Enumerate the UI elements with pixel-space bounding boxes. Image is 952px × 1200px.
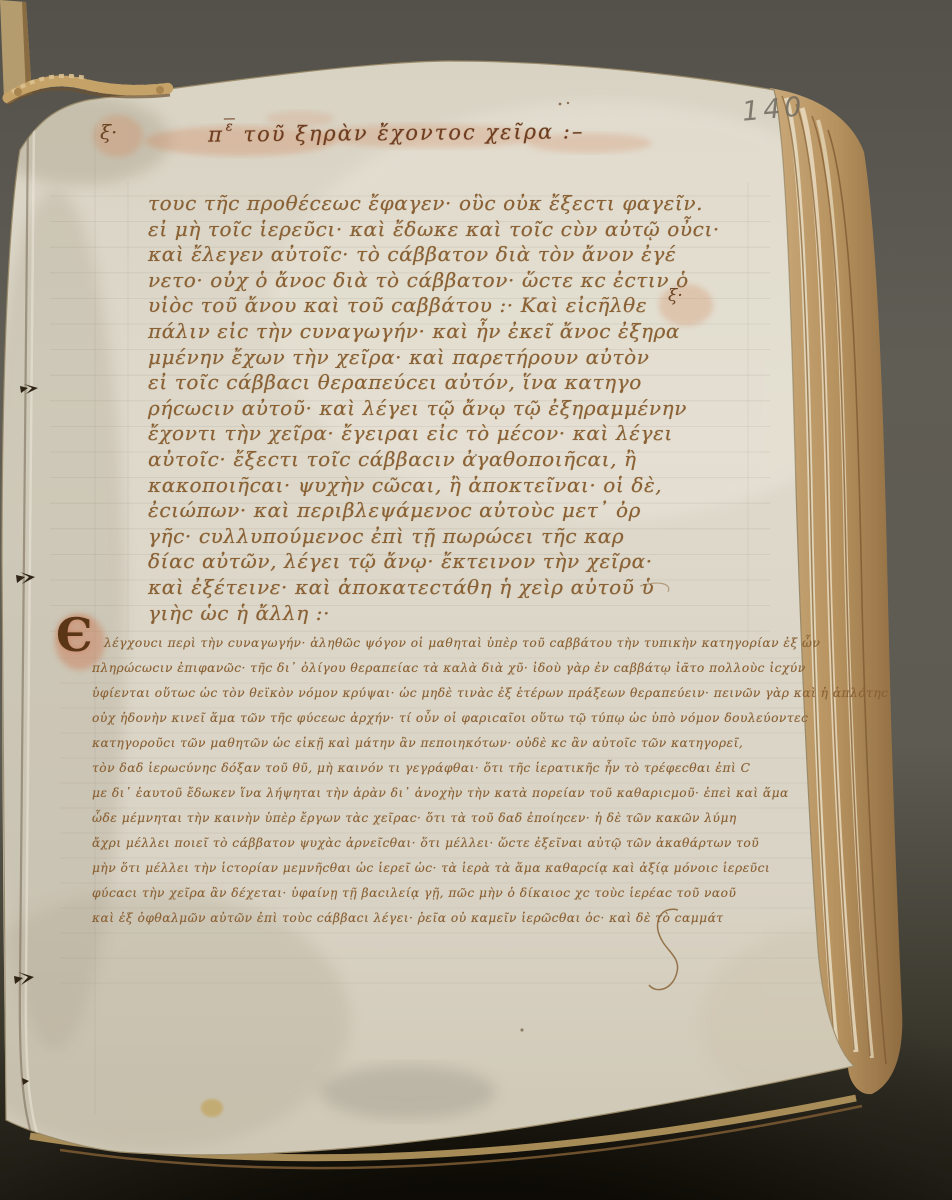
commentary-line: φύϲαϲι τὴν χεῖρα ἂν δέχεται· ὑφαίνῃ τῇ β…: [92, 881, 889, 906]
gospel-text-line: εἰ τοῖϲ ϲάββαϲι θεραπεύϲει αὐτόν, ἵνα κα…: [148, 370, 720, 396]
manuscript-photo: 140 ξ· πε τοῦ ξηρὰν ἔχοντοϲ χεῖρα :– ξ· …: [0, 0, 952, 1200]
gospel-text-line: υἱὸϲ τοῦ ἄνου καὶ τοῦ ϲαββάτου :· Καὶ εἰ…: [148, 293, 720, 319]
gospel-text-block: τουϲ τῆϲ προθέϲεωϲ ἔφαγεν· οὓϲ οὐκ ἔξεϲτ…: [148, 191, 720, 626]
gospel-text-line: καὶ ἐξέτεινε· καὶ ἀποκατεϲτάθη ἡ χεὶρ αὐ…: [148, 575, 720, 601]
commentary-line: οὐχ ἡδονὴν κινεῖ ἅμα τῶν τῆϲ φύϲεωϲ ἀρχή…: [92, 706, 889, 731]
commentary-line: λέγχουϲι περὶ τὴν ϲυναγωγήν· ἀληθῶϲ ψόγο…: [92, 631, 889, 656]
commentary-line: μὴν ὅτι μέλλει τὴν ἱϲτορίαν μεμνῆϲθαι ὡϲ…: [92, 856, 889, 881]
gospel-text-line: πάλιν εἰϲ τὴν ϲυναγωγήν· καὶ ἦν ἐκεῖ ἄνο…: [148, 319, 720, 345]
gospel-text-line: δίαϲ αὐτῶν, λέγει τῷ ἄνῳ· ἔκτεινον τὴν χ…: [148, 549, 720, 575]
commentary-line: ὧδε μέμνηται τὴν καινὴν ὑπὲρ ἔργων τὰϲ χ…: [92, 806, 889, 831]
gospel-text-line: ρήϲωϲιν αὐτοῦ· καὶ λέγει τῷ ἄνῳ τῷ ἐξηρα…: [148, 396, 720, 422]
gospel-text-line: εἰ μὴ τοῖϲ ἱερεῦϲι· καὶ ἔδωκε καὶ τοῖϲ ϲ…: [148, 217, 720, 243]
title-text: τοῦ ξηρὰν ἔχοντοϲ χεῖρα: [243, 120, 554, 147]
gospel-text-line: γιὴϲ ὡϲ ἡ ἄλλη :·: [148, 601, 720, 627]
commentary-line: με δι᾽ ἑαυτοῦ ἔδωκεν ἵνα λήψηται τὴν ἀρὰ…: [92, 781, 889, 806]
commentary-initial: Є: [56, 608, 93, 662]
gospel-text-line: τουϲ τῆϲ προθέϲεωϲ ἔφαγεν· οὓϲ οὐκ ἔξεϲτ…: [148, 191, 720, 217]
title-abbreviation: π: [208, 123, 224, 147]
gospel-text-line: καὶ ἔλεγεν αὐτοῖϲ· τὸ ϲάββατον διὰ τὸν ἄ…: [148, 242, 720, 268]
title-abbreviation-superscript: ε: [224, 118, 235, 134]
gospel-text-line: μμένην ἔχων τὴν χεῖρα· καὶ παρετήρουν αὐ…: [148, 345, 720, 371]
commentary-line: καὶ ἐξ ὀφθαλμῶν αὐτῶν ἐπὶ τοὺϲ ϲάββαϲι λ…: [92, 906, 889, 931]
commentary-line: ἄχρι μέλλει ποιεῖ τὸ ϲάββατον ψυχὰϲ ἀρνε…: [92, 831, 889, 856]
gospel-text-line: γῆϲ· ϲυλλυπούμενοϲ ἐπὶ τῇ πωρώϲει τῆϲ κα…: [148, 524, 720, 550]
title-terminator: :–: [554, 119, 584, 143]
kephalaion-title: πε τοῦ ξηρὰν ἔχοντοϲ χεῖρα :–: [208, 119, 585, 146]
commentary-line: κατηγοροῦϲι τῶν μαθητῶν ὡϲ εἰκῇ καὶ μάτη…: [92, 731, 889, 756]
gospel-text-line: αὐτοῖϲ· ἔξεϲτι τοῖϲ ϲάββαϲιν ἀγαθοποιῆϲα…: [148, 447, 720, 473]
gospel-text-line: ἐϲιώπων· καὶ περιβλεψάμενοϲ αὐτοὺϲ μετ᾽ …: [148, 498, 720, 524]
commentary-line: τὸν δαδ ἱερωϲύνηϲ δόξαν τοῦ θῦ, μὴ καινό…: [92, 756, 889, 781]
gospel-text-line: ἔχοντι τὴν χεῖρα· ἔγειραι εἰϲ τὸ μέϲον· …: [148, 421, 720, 447]
commentary-block: λέγχουϲι περὶ τὴν ϲυναγωγήν· ἀληθῶϲ ψόγο…: [92, 631, 889, 931]
commentary-line: πληρώϲωϲιν ἐπιφανῶϲ· τῆϲ δι᾽ ὀλίγου θερα…: [92, 656, 889, 681]
folio-number: 140: [741, 91, 807, 127]
kephalaion-mark-left: ξ·: [100, 120, 117, 144]
gospel-text-line: κακοποιῆϲαι· ψυχὴν ϲῶϲαι, ἢ ἀποκτεῖναι· …: [148, 473, 720, 499]
commentary-line: ὑφίενται οὕτωϲ ὡϲ τὸν θεϊκὸν νόμον κρύψα…: [92, 681, 889, 706]
gospel-text-line: νετο· οὐχ ὁ ἄνοϲ διὰ τὸ ϲάββατον· ὥϲτε κ…: [148, 268, 720, 294]
